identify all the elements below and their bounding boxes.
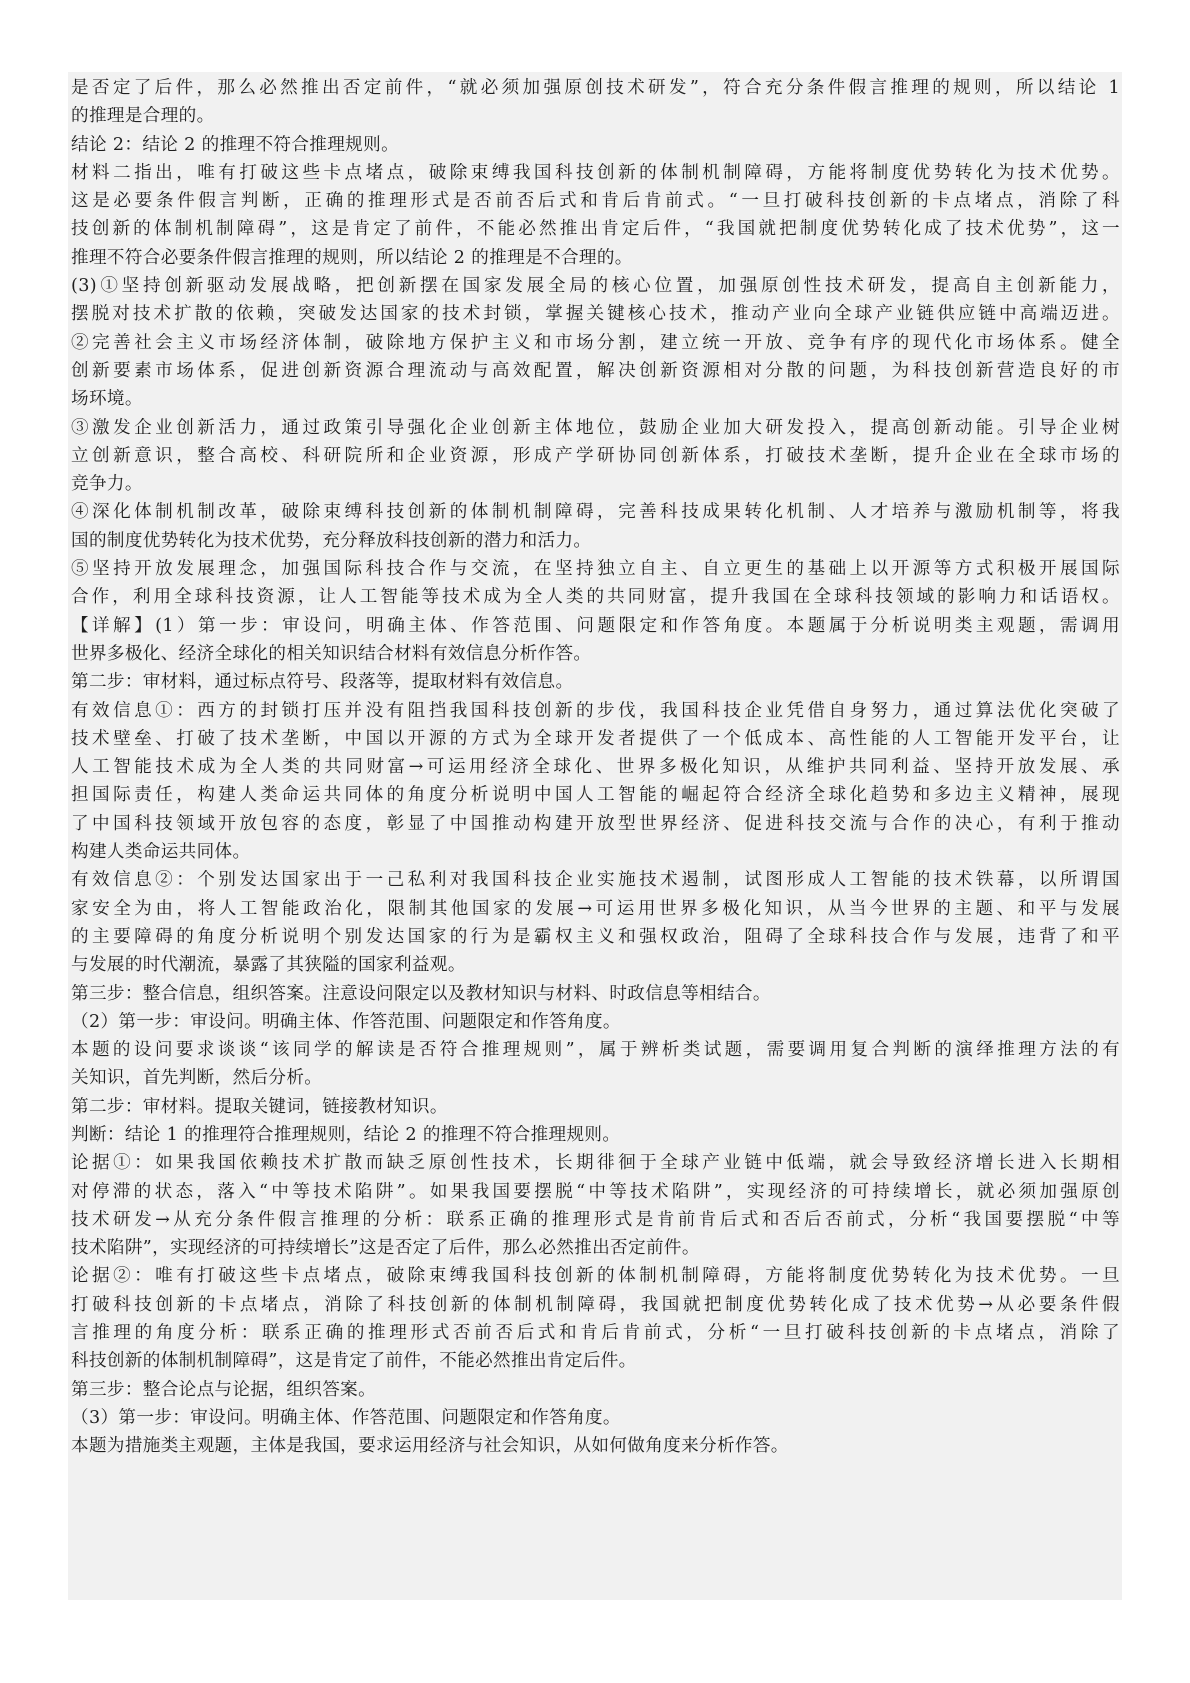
text-line: 打破科技创新的卡点堵点，消除了科技创新的体制机制障碍，我国就把制度优势转化成了技…: [71, 1291, 1120, 1319]
text-line: 技术壁垒、打破了技术垄断，中国以开源的方式为全球开发者提供了一个低成本、高性能的…: [71, 725, 1120, 753]
text-line: 竞争力。: [71, 470, 1120, 498]
text-line: 是否定了后件，那么必然推出否定前件，“就必须加强原创技术研发”，符合充分条件假言…: [71, 74, 1120, 102]
text-line: 本题的设问要求谈谈“该同学的解读是否符合推理规则”，属于辨析类试题，需要调用复合…: [71, 1036, 1120, 1064]
text-line: 有效信息②：个别发达国家出于一己私利对我国科技企业实施技术遏制，试图形成人工智能…: [71, 866, 1120, 894]
text-line: 与发展的时代潮流，暴露了其狭隘的国家利益观。: [71, 951, 1120, 979]
text-line: 摆脱对技术扩散的依赖，突破发达国家的技术封锁，掌握关键核心技术，推动产业向全球产…: [71, 300, 1120, 328]
text-line: 论据①：如果我国依赖技术扩散而缺乏原创性技术，长期徘徊于全球产业链中低端，就会导…: [71, 1149, 1120, 1177]
text-line: 了中国科技领域开放包容的态度，彰显了中国推动构建开放型世界经济、促进科技交流与合…: [71, 810, 1120, 838]
text-line: 人工智能技术成为全人类的共同财富→可运用经济全球化、世界多极化知识，从维护共同利…: [71, 753, 1120, 781]
text-line: 第二步：审材料，通过标点符号、段落等，提取材料有效信息。: [71, 668, 1120, 696]
text-line: 场环境。: [71, 385, 1120, 413]
text-line: 科技创新的体制机制障碍”，这是肯定了前件，不能必然推出肯定后件。: [71, 1347, 1120, 1375]
text-line: 构建人类命运共同体。: [71, 838, 1120, 866]
text-line: 对停滞的状态，落入“中等技术陷阱”。如果我国要摆脱“中等技术陷阱”，实现经济的可…: [71, 1178, 1120, 1206]
answer-explanation-text-block: 是否定了后件，那么必然推出否定前件，“就必须加强原创技术研发”，符合充分条件假言…: [68, 72, 1122, 1600]
text-line: ⑤坚持开放发展理念，加强国际科技合作与交流，在坚持独立自主、自立更生的基础上以开…: [71, 555, 1120, 583]
text-line: 言推理的角度分析：联系正确的推理形式否前否后式和肯后肯前式，分析“一旦打破科技创…: [71, 1319, 1120, 1347]
text-line: 第三步：整合信息，组织答案。注意设问限定以及教材知识与材料、时政信息等相结合。: [71, 980, 1120, 1008]
text-line: 有效信息①：西方的封锁打压并没有阻挡我国科技创新的步伐，我国科技企业凭借自身努力…: [71, 697, 1120, 725]
text-line: 合作，利用全球科技资源，让人工智能等技术成为全人类的共同财富，提升我国在全球科技…: [71, 583, 1120, 611]
text-line: 材料二指出，唯有打破这些卡点堵点，破除束缚我国科技创新的体制机制障碍，方能将制度…: [71, 159, 1120, 187]
text-line: （3）第一步：审设问。明确主体、作答范围、问题限定和作答角度。: [71, 1404, 1120, 1432]
text-line: 创新要素市场体系，促进创新资源合理流动与高效配置，解决创新资源相对分散的问题，为…: [71, 357, 1120, 385]
text-line: 技术陷阱”，实现经济的可持续增长”这是否定了后件，那么必然推出否定前件。: [71, 1234, 1120, 1262]
text-line: ④深化体制机制改革，破除束缚科技创新的体制机制障碍，完善科技成果转化机制、人才培…: [71, 498, 1120, 526]
text-line: 技创新的体制机制障碍”，这是肯定了前件，不能必然推出肯定后件，“我国就把制度优势…: [71, 215, 1120, 243]
text-line: 家安全为由，将人工智能政治化，限制其他国家的发展→可运用世界多极化知识，从当今世…: [71, 895, 1120, 923]
text-line: （2）第一步：审设问。明确主体、作答范围、问题限定和作答角度。: [71, 1008, 1120, 1036]
text-line: 立创新意识，整合高校、科研院所和企业资源，形成产学研协同创新体系，打破技术垄断，…: [71, 442, 1120, 470]
text-line: 这是必要条件假言判断，正确的推理形式是否前否后式和肯后肯前式。“一旦打破科技创新…: [71, 187, 1120, 215]
text-line: 的推理是合理的。: [71, 102, 1120, 130]
text-line: (3)①坚持创新驱动发展战略，把创新摆在国家发展全局的核心位置，加强原创性技术研…: [71, 272, 1120, 300]
text-line: 担国际责任，构建人类命运共同体的角度分析说明中国人工智能的崛起符合经济全球化趋势…: [71, 781, 1120, 809]
text-line: 的主要障碍的角度分析说明个别发达国家的行为是霸权主义和强权政治，阻碍了全球科技合…: [71, 923, 1120, 951]
text-line: ③激发企业创新活力，通过政策引导强化企业创新主体地位，鼓励企业加大研发投入，提高…: [71, 414, 1120, 442]
text-line: ②完善社会主义市场经济体制，破除地方保护主义和市场分割，建立统一开放、竞争有序的…: [71, 329, 1120, 357]
text-line: 世界多极化、经济全球化的相关知识结合材料有效信息分析作答。: [71, 640, 1120, 668]
text-line: 判断：结论 1 的推理符合推理规则，结论 2 的推理不符合推理规则。: [71, 1121, 1120, 1149]
text-line: 第二步：审材料。提取关键词，链接教材知识。: [71, 1093, 1120, 1121]
text-line: 推理不符合必要条件假言推理的规则，所以结论 2 的推理是不合理的。: [71, 244, 1120, 272]
text-line: 论据②：唯有打破这些卡点堵点，破除束缚我国科技创新的体制机制障碍，方能将制度优势…: [71, 1262, 1120, 1290]
text-line: 国的制度优势转化为技术优势，充分释放科技创新的潜力和活力。: [71, 527, 1120, 555]
text-line: 本题为措施类主观题，主体是我国，要求运用经济与社会知识，从如何做角度来分析作答。: [71, 1432, 1120, 1460]
text-line: 结论 2：结论 2 的推理不符合推理规则。: [71, 131, 1120, 159]
text-line: 关知识，首先判断，然后分析。: [71, 1064, 1120, 1092]
text-line: 【详解】(1）第一步：审设问，明确主体、作答范围、问题限定和作答角度。本题属于分…: [71, 612, 1120, 640]
text-line: 第三步：整合论点与论据，组织答案。: [71, 1376, 1120, 1404]
text-line: 技术研发→从充分条件假言推理的分析：联系正确的推理形式是肯前肯后式和否后否前式，…: [71, 1206, 1120, 1234]
